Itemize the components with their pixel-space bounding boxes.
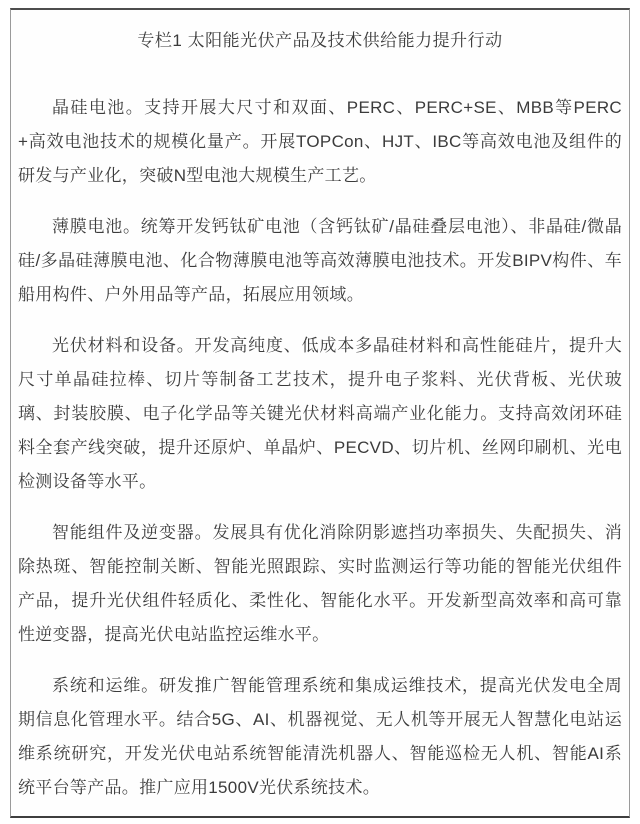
paragraph-thin-film-cells: 薄膜电池。统筹开发钙钛矿电池（含钙钛矿/晶硅叠层电池）、非晶硅/微晶硅/多晶硅薄…: [18, 210, 622, 312]
document-page: 专栏1 太阳能光伏产品及技术供给能力提升行动 晶硅电池。支持开展大尺寸和双面、P…: [0, 0, 640, 824]
paragraph-smart-modules-inverters: 智能组件及逆变器。发展具有优化消除阴影遮挡功率损失、失配损失、消除热斑、智能控制…: [18, 516, 622, 652]
paragraph-crystalline-silicon-cells: 晶硅电池。支持开展大尺寸和双面、PERC、PERC+SE、MBB等PERC+高效…: [18, 91, 622, 193]
panel-title: 专栏1 太阳能光伏产品及技术供给能力提升行动: [18, 24, 622, 58]
paragraph-systems-om: 系统和运维。研发推广智能管理系统和集成运维技术，提高光伏发电全周期信息化管理水平…: [18, 669, 622, 805]
column-box: 专栏1 太阳能光伏产品及技术供给能力提升行动 晶硅电池。支持开展大尺寸和双面、P…: [10, 8, 630, 818]
paragraph-pv-materials-equipment: 光伏材料和设备。开发高纯度、低成本多晶硅材料和高性能硅片，提升大尺寸单晶硅拉棒、…: [18, 329, 622, 499]
